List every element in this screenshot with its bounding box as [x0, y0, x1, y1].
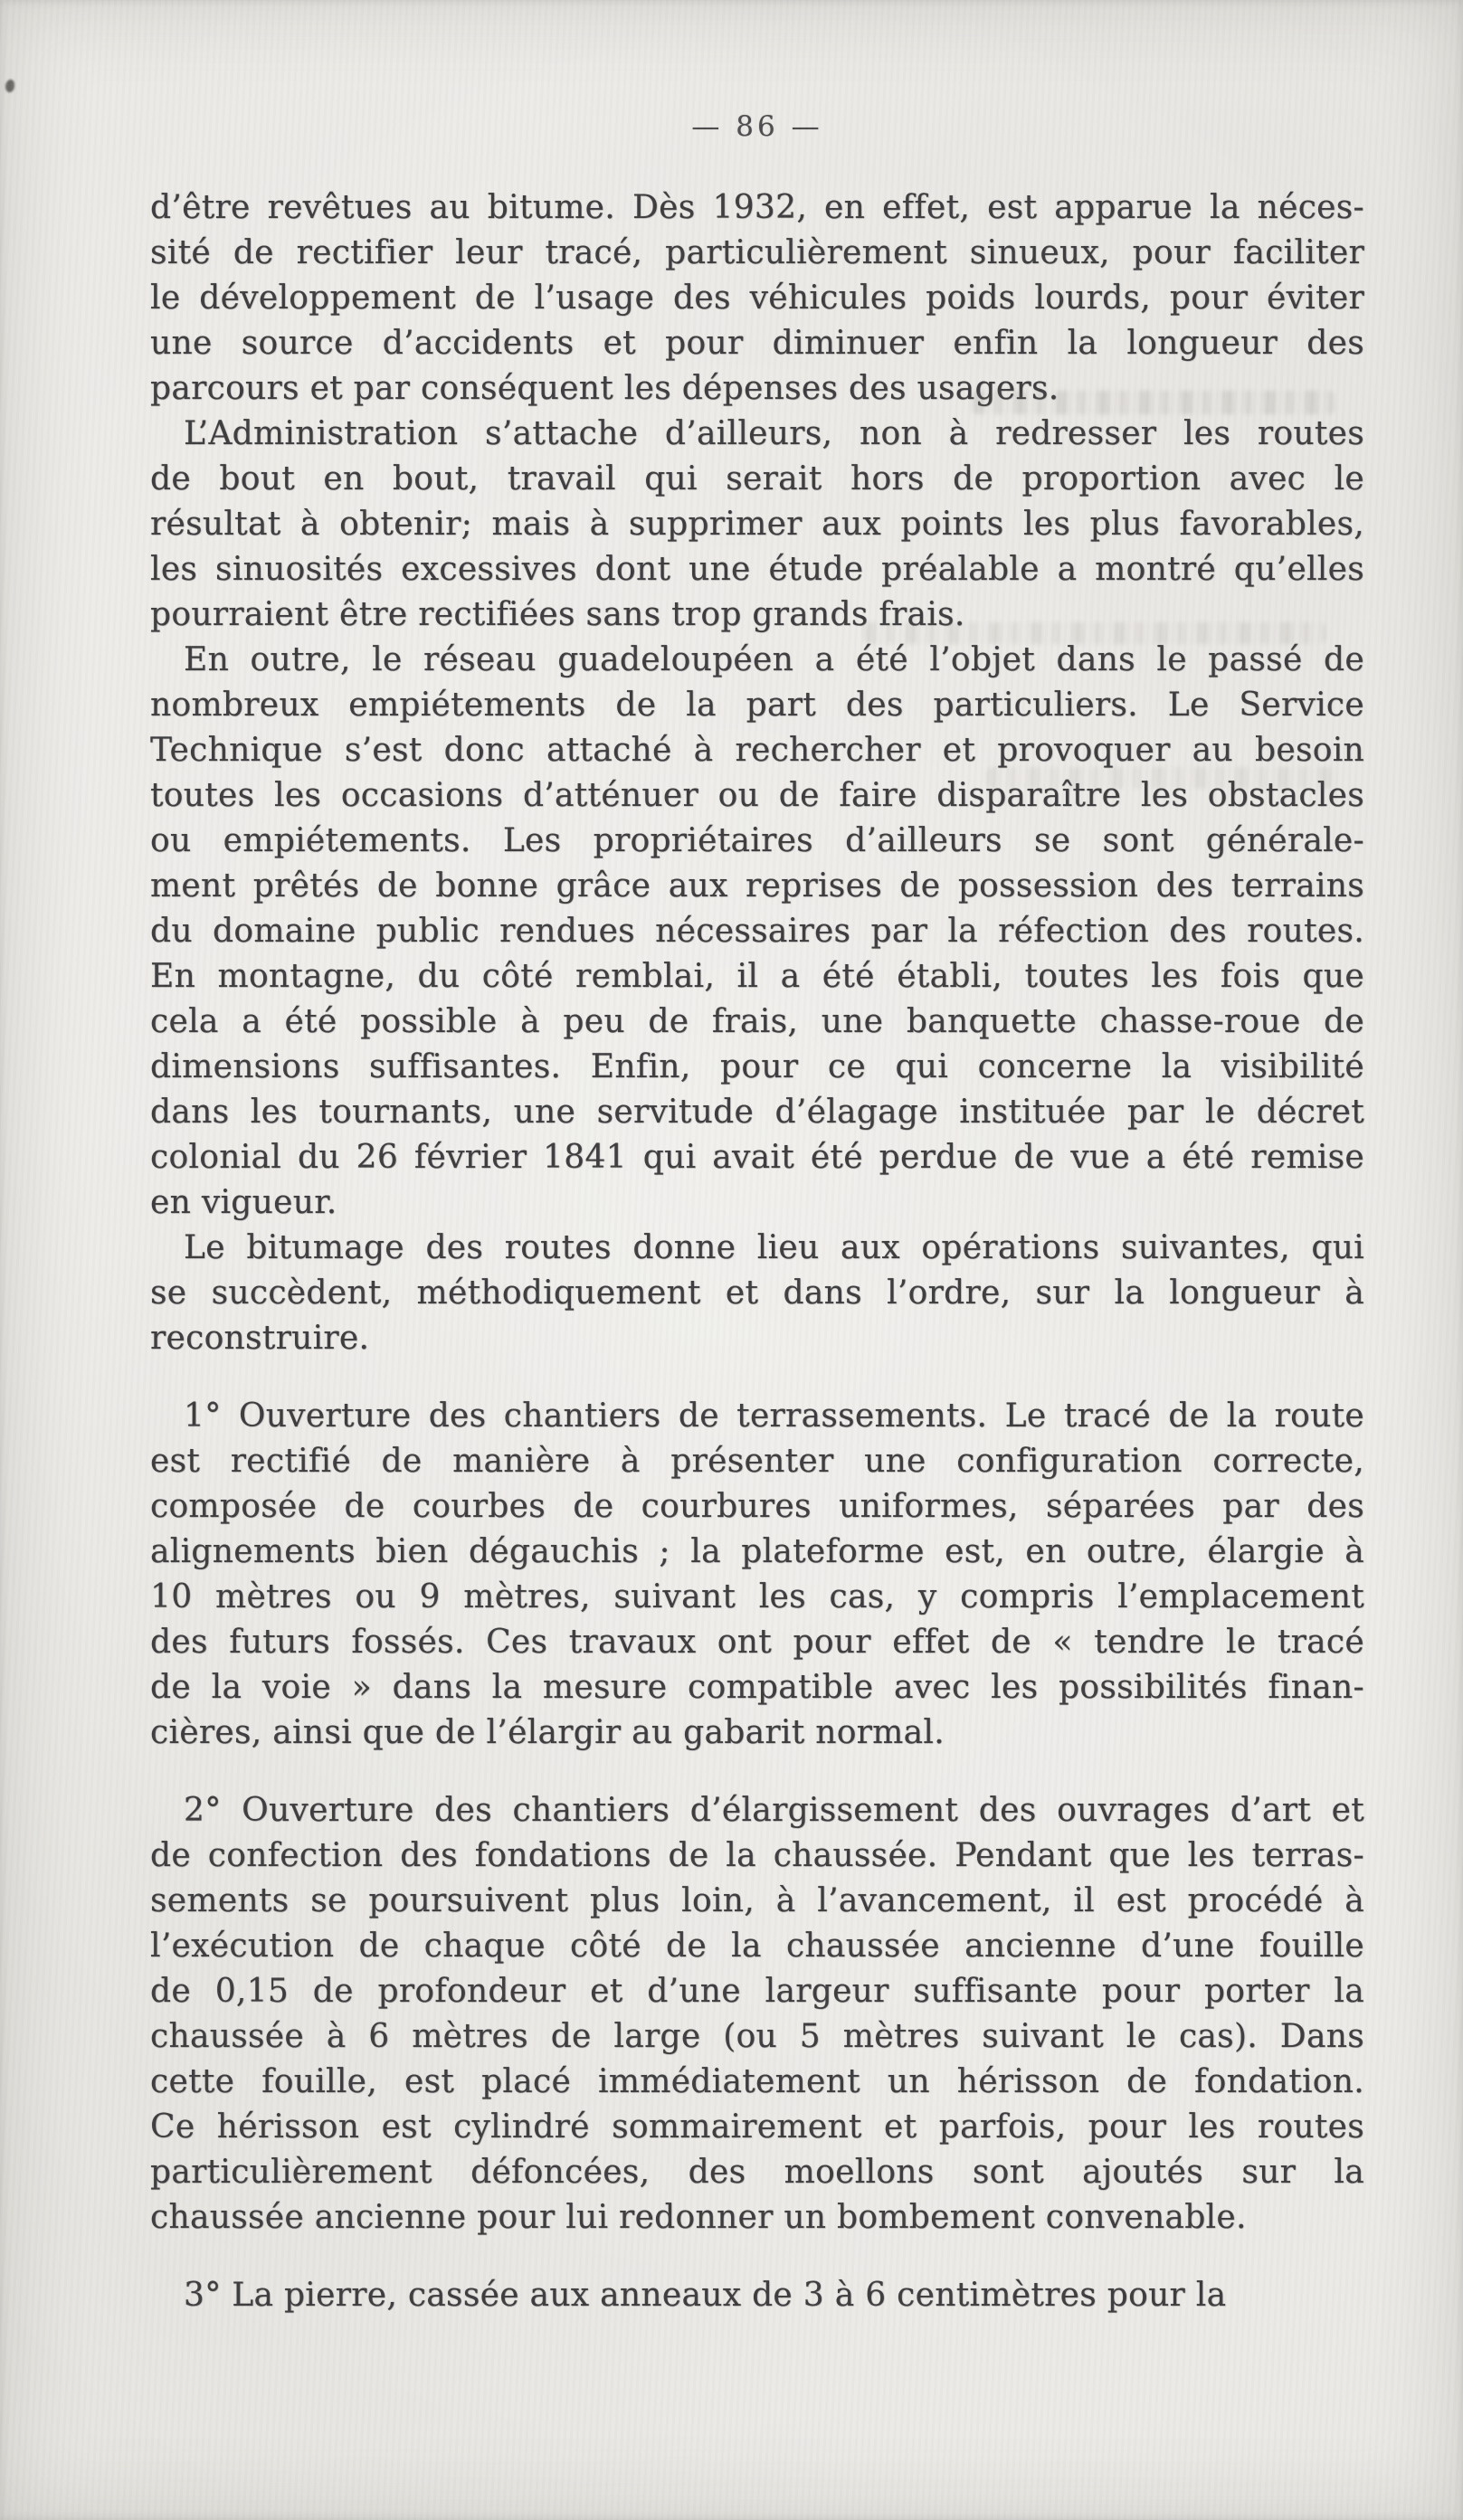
text-line: du domaine public rendues nécessaires pa…: [150, 909, 1364, 954]
paragraph: 1° Ouverture des chantiers de terrasseme…: [150, 1394, 1364, 1756]
text-line: ou empiétements. Les propriétaires d’ail…: [150, 819, 1364, 864]
page-number: — 86 —: [150, 110, 1364, 143]
text-line: les sinuosités excessives dont une étude…: [150, 547, 1364, 592]
text-line: résultat à obtenir; mais à supprimer aux…: [150, 502, 1364, 547]
text-line: 2° Ouverture des chantiers d’élargisseme…: [150, 1788, 1364, 1833]
text-line: chaussée à 6 mètres de large (ou 5 mètre…: [150, 2014, 1364, 2060]
text-line: de bout en bout, travail qui serait hors…: [150, 457, 1364, 502]
paragraph: Le bitumage des routes donne lieu aux op…: [150, 1226, 1364, 1361]
text-line: 10 mètres ou 9 mètres, suivant les cas, …: [150, 1575, 1364, 1620]
scanned-document-page: — 86 — d’être revêtues au bitume. Dès 19…: [0, 0, 1463, 2520]
text-line: une source d’accidents et pour diminuer …: [150, 321, 1364, 366]
text-line: Le bitumage des routes donne lieu aux op…: [150, 1226, 1364, 1271]
text-line: En outre, le réseau guadeloupéen a été l…: [150, 638, 1364, 683]
text-line: alignements bien dégauchis ; la platefor…: [150, 1530, 1364, 1575]
paragraph: L’Administration s’attache d’ailleurs, n…: [150, 412, 1364, 638]
scan-speck: [5, 80, 14, 92]
text-line: l’exécution de chaque côté de la chaussé…: [150, 1924, 1364, 1969]
text-line: cette fouille, est placé immédiatement u…: [150, 2060, 1364, 2105]
bleedthrough-smudge: [973, 391, 1335, 414]
text-line: de la voie » dans la mesure compatible a…: [150, 1665, 1364, 1710]
text-line: sité de rectifier leur tracé, particuliè…: [150, 231, 1364, 276]
text-line: dans les tournants, une servitude d’élag…: [150, 1090, 1364, 1135]
text-line: nombreux empiétements de la part des par…: [150, 683, 1364, 728]
text-line: L’Administration s’attache d’ailleurs, n…: [150, 412, 1364, 457]
paragraph: 2° Ouverture des chantiers d’élargisseme…: [150, 1788, 1364, 2241]
text-line: est rectifié de manière à présenter une …: [150, 1439, 1364, 1484]
text-line: chaussée ancienne pour lui redonner un b…: [150, 2195, 1364, 2241]
text-line: En montagne, du côté remblai, il a été é…: [150, 954, 1364, 999]
text-line: composée de courbes de courbures uniform…: [150, 1484, 1364, 1530]
bleedthrough-smudge: [986, 767, 1339, 789]
text-line: d’être revêtues au bitume. Dès 1932, en …: [150, 185, 1364, 231]
text-line: de 0,15 de profondeur et d’une largeur s…: [150, 1969, 1364, 2014]
text-line: cières, ainsi que de l’élargir au gabari…: [150, 1710, 1364, 1756]
text-line: 3° La pierre, cassée aux anneaux de 3 à …: [150, 2273, 1364, 2318]
text-line: reconstruire.: [150, 1316, 1364, 1361]
text-line: Ce hérisson est cylindré sommairement et…: [150, 2105, 1364, 2150]
text-line: particulièrement défoncées, des moellons…: [150, 2150, 1364, 2195]
paragraph: d’être revêtues au bitume. Dès 1932, en …: [150, 185, 1364, 412]
text-line: des futurs fossés. Ces travaux ont pour …: [150, 1620, 1364, 1665]
text-line: sements se poursuivent plus loin, à l’av…: [150, 1879, 1364, 1924]
body-text-block: d’être revêtues au bitume. Dès 1932, en …: [150, 185, 1364, 2318]
text-line: le développement de l’usage des véhicule…: [150, 276, 1364, 321]
text-line: ment prêtés de bonne grâce aux reprises …: [150, 864, 1364, 909]
text-line: en vigueur.: [150, 1180, 1364, 1226]
text-line: 1° Ouverture des chantiers de terrasseme…: [150, 1394, 1364, 1439]
text-line: dimensions suffisantes. Enfin, pour ce q…: [150, 1045, 1364, 1090]
bleedthrough-smudge: [864, 622, 1325, 644]
text-line: se succèdent, méthodiquement et dans l’o…: [150, 1271, 1364, 1316]
text-line: cela a été possible à peu de frais, une …: [150, 999, 1364, 1045]
paragraph: En outre, le réseau guadeloupéen a été l…: [150, 638, 1364, 1226]
text-line: colonial du 26 février 1841 qui avait ét…: [150, 1135, 1364, 1180]
paragraph: 3° La pierre, cassée aux anneaux de 3 à …: [150, 2273, 1364, 2318]
text-line: de confection des fondations de la chaus…: [150, 1833, 1364, 1879]
